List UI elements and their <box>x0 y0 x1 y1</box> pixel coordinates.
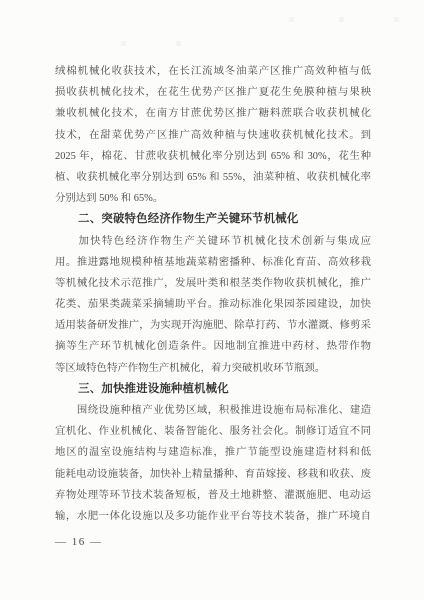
text-line: 摘等生产环节机械化创造条件。因地制宜推进中药材、热带作物 <box>55 336 371 357</box>
text-line: 绒棉机械化收获技术，在长江流域冬油菜产区推广高效种植与低 <box>55 61 371 82</box>
text-line: 2025 年，棉花、甘蔗收获机械化率分别达到 65% 和 30%，花生种 <box>55 146 371 167</box>
scan-smudge <box>121 41 126 46</box>
text-line: 等机械化技术示范推广，发展叶类和根茎类作物收获机械化，推广 <box>55 273 371 294</box>
scan-smudge <box>339 17 344 22</box>
document-page: 绒棉机械化收获技术，在长江流域冬油菜产区推广高效种植与低损收获机械化技术，在花生… <box>0 0 424 600</box>
text-line: 宜机化、作业机械化、装备智能化、服务社会化。制修订适宜不同 <box>55 421 371 442</box>
page-number: — 16 — <box>55 535 103 549</box>
section-heading: 三、加快推进设施种植机械化 <box>55 379 371 400</box>
text-line: 加快特色经济作物生产关键环节机械化技术创新与集成应 <box>55 231 371 252</box>
document-body: 绒棉机械化收获技术，在长江流域冬油菜产区推广高效种植与低损收获机械化技术，在花生… <box>55 61 371 527</box>
text-line: 等区域特色特产作物生产机械化，着力突破机收环节瓶颈。 <box>55 358 371 379</box>
text-line: 用。推进露地规模种植基地蔬菜精密播种、标准化育苗、高效移栽 <box>55 252 371 273</box>
text-line: 适用装备研发推广，为实现开沟施肥、除草打药、节水灌溉、修剪采 <box>55 315 371 336</box>
section-heading: 二、突破特色经济作物生产关键环节机械化 <box>55 209 371 230</box>
scan-smudge <box>176 41 181 46</box>
text-line: 植、收获机械化率分别达到 65% 和 55%，油菜种植、收获机械化率 <box>55 167 371 188</box>
scan-smudge <box>394 17 399 22</box>
text-line: 兼收机械化技术，在南方甘蔗优势区推广糖料蔗联合收获机械化 <box>55 103 371 124</box>
text-line: 输，水肥一体化设施以及多功能作业平台等技术装备，推广环境自 <box>55 506 371 527</box>
text-line: 技术，在甜菜优势产区推广高效种植与快速收获机械化技术。到 <box>55 125 371 146</box>
text-line: 分别达到 50% 和 65%。 <box>55 188 371 209</box>
text-line: 花类、茄果类蔬菜采摘辅助平台。推动标准化果园茶园建设，加快 <box>55 294 371 315</box>
scan-smudge <box>289 17 294 22</box>
text-line: 弃物处理等环节技术装备短板，普及土地耕整、灌溉施肥、电动运 <box>55 485 371 506</box>
text-line: 围绕设施种植产业优势区域，积极推进设施布局标准化、建造 <box>55 400 371 421</box>
text-line: 能耗电动设施装备，加快补上精量播种、育苗嫁接、移栽和收获、废 <box>55 464 371 485</box>
text-line: 损收获机械化技术，在花生优势产区推广夏花生免膜种植与果秧 <box>55 82 371 103</box>
text-line: 地区的温室设施结构与建造标准，推广节能型设施建造材料和低 <box>55 442 371 463</box>
